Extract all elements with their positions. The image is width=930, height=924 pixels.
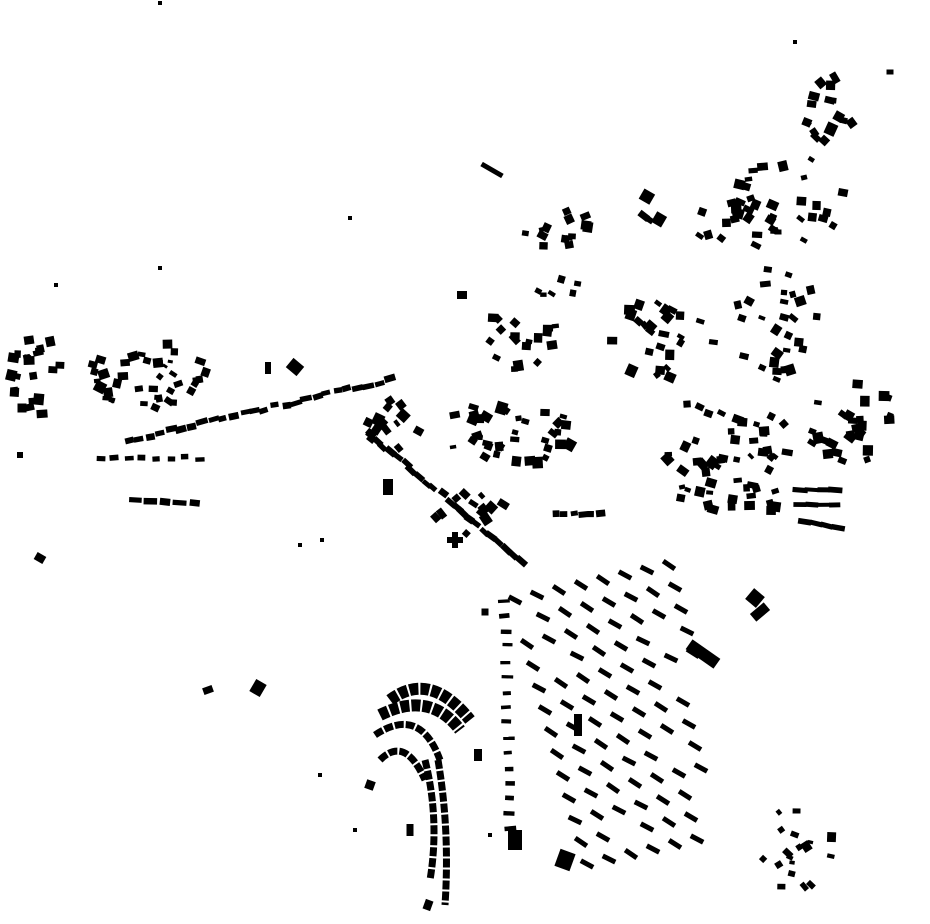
figure-ground-map (0, 0, 930, 924)
map-background (0, 0, 930, 924)
